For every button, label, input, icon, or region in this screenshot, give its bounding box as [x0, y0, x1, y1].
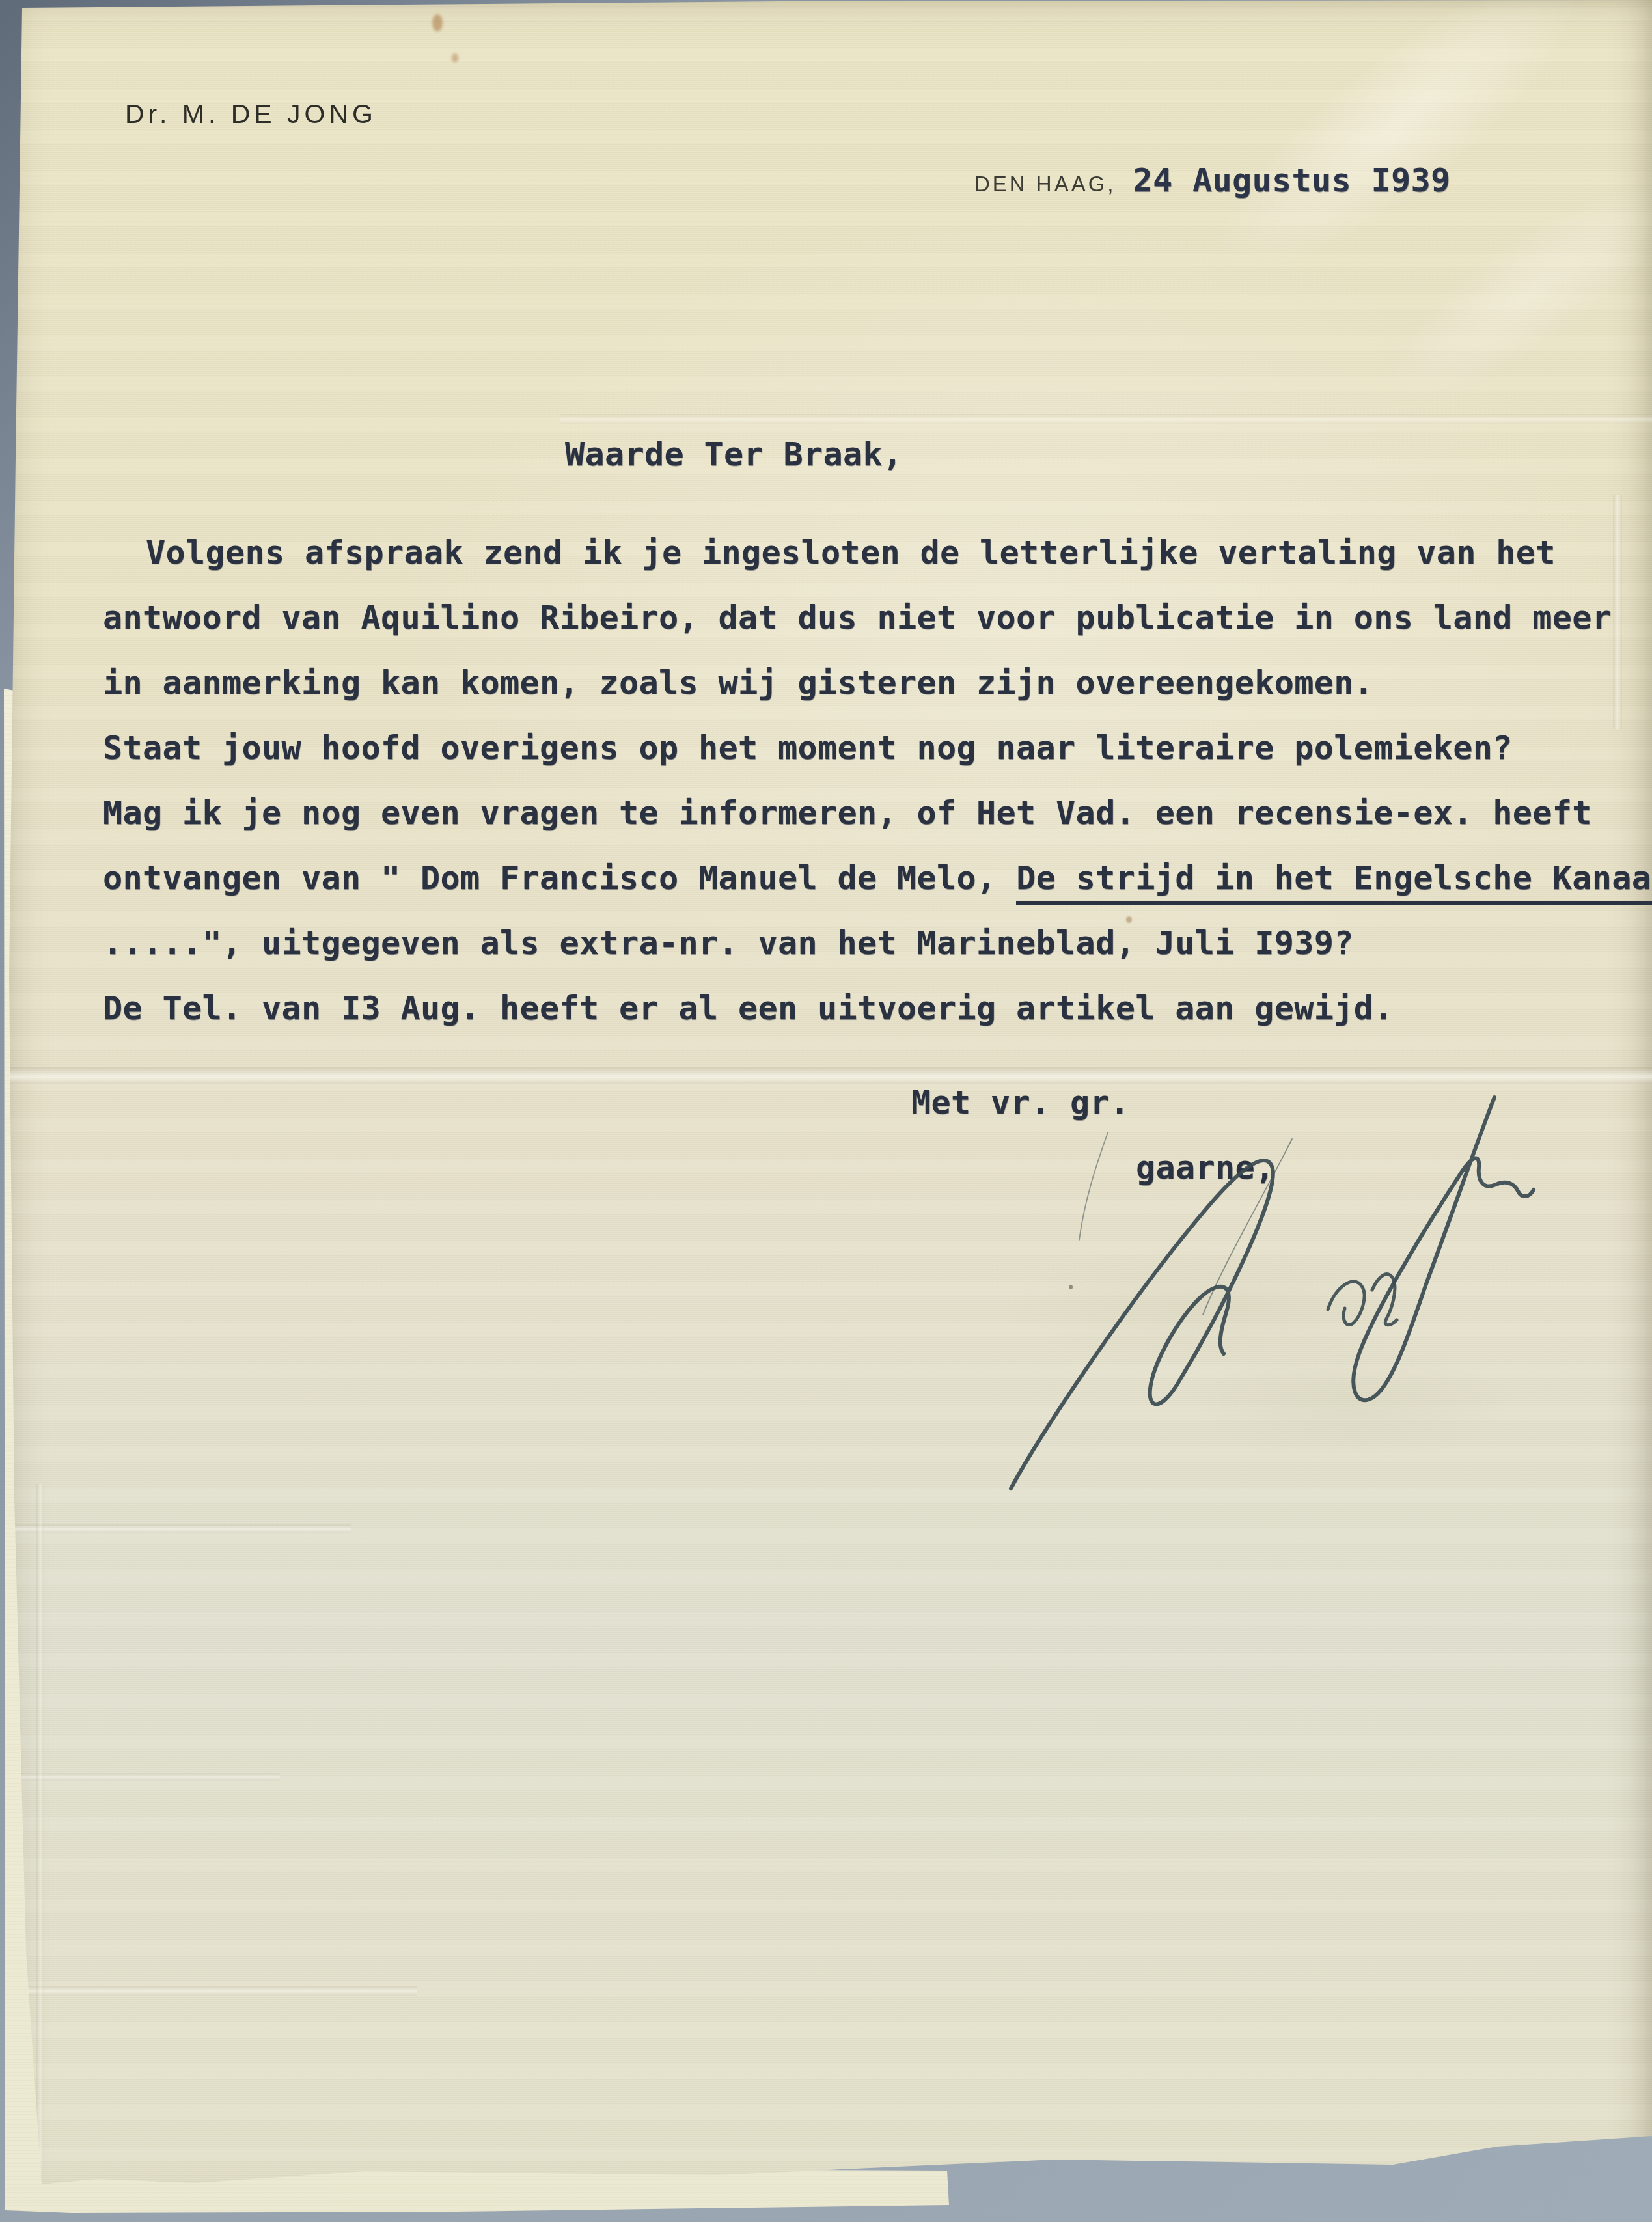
bottom-left-fold	[0, 1986, 417, 1996]
dateline-place: DEN HAAG,	[974, 172, 1116, 197]
paper-stain	[432, 14, 443, 31]
body-line: .....", uitgegeven als extra-nr. van het…	[103, 911, 1652, 976]
letterhead-name: Dr. M. DE JONG	[125, 99, 377, 130]
underlined-book-title: De strijd in het Engelsche Kanaal	[1016, 859, 1652, 905]
letter-paper: Dr. M. DE JONG DEN HAAG, 24 Augustus I93…	[0, 0, 1652, 2222]
paper-sheen	[1083, 0, 1652, 401]
scan-background: Dr. M. DE JONG DEN HAAG, 24 Augustus I93…	[0, 0, 1652, 2222]
paper-sheen	[1272, 79, 1652, 506]
body-line: antwoord van Aquilino Ribeiro, dat dus n…	[103, 585, 1652, 650]
handwritten-signature	[937, 1080, 1562, 1523]
dateline-date: 24 Augustus I939	[1133, 161, 1451, 199]
bottom-left-fold	[0, 1773, 280, 1781]
signature-hairline	[1079, 1132, 1108, 1240]
paper-stain	[452, 53, 458, 62]
signature-stroke-main	[1011, 1160, 1273, 1488]
body-line-plain-segment: ontvangen van " Dom Francisco Manuel de …	[103, 859, 1016, 897]
letter-body: Volgens afspraak zend ik je ingesloten d…	[103, 520, 1652, 1041]
bottom-left-fold	[0, 1524, 351, 1533]
salutation: Waarde Ter Braak,	[565, 435, 903, 474]
dateline: DEN HAAG, 24 Augustus I939	[974, 161, 1451, 199]
body-line: De Tel. van I3 Aug. heeft er al een uitv…	[103, 976, 1652, 1041]
signature-stroke-flourish	[1353, 1097, 1534, 1400]
body-line: Volgens afspraak zend ik je ingesloten d…	[103, 520, 1652, 585]
upper-fold-crease	[560, 414, 1652, 424]
body-line: in aanmerking kan komen, zoals wij giste…	[103, 650, 1652, 715]
left-edge-fold	[36, 1484, 44, 2174]
body-line-with-underline: ontvangen van " Dom Francisco Manuel de …	[103, 845, 1652, 911]
body-line: Mag ik je nog even vragen te informeren,…	[103, 780, 1652, 845]
body-line: Staat jouw hoofd overigens op het moment…	[103, 715, 1652, 780]
